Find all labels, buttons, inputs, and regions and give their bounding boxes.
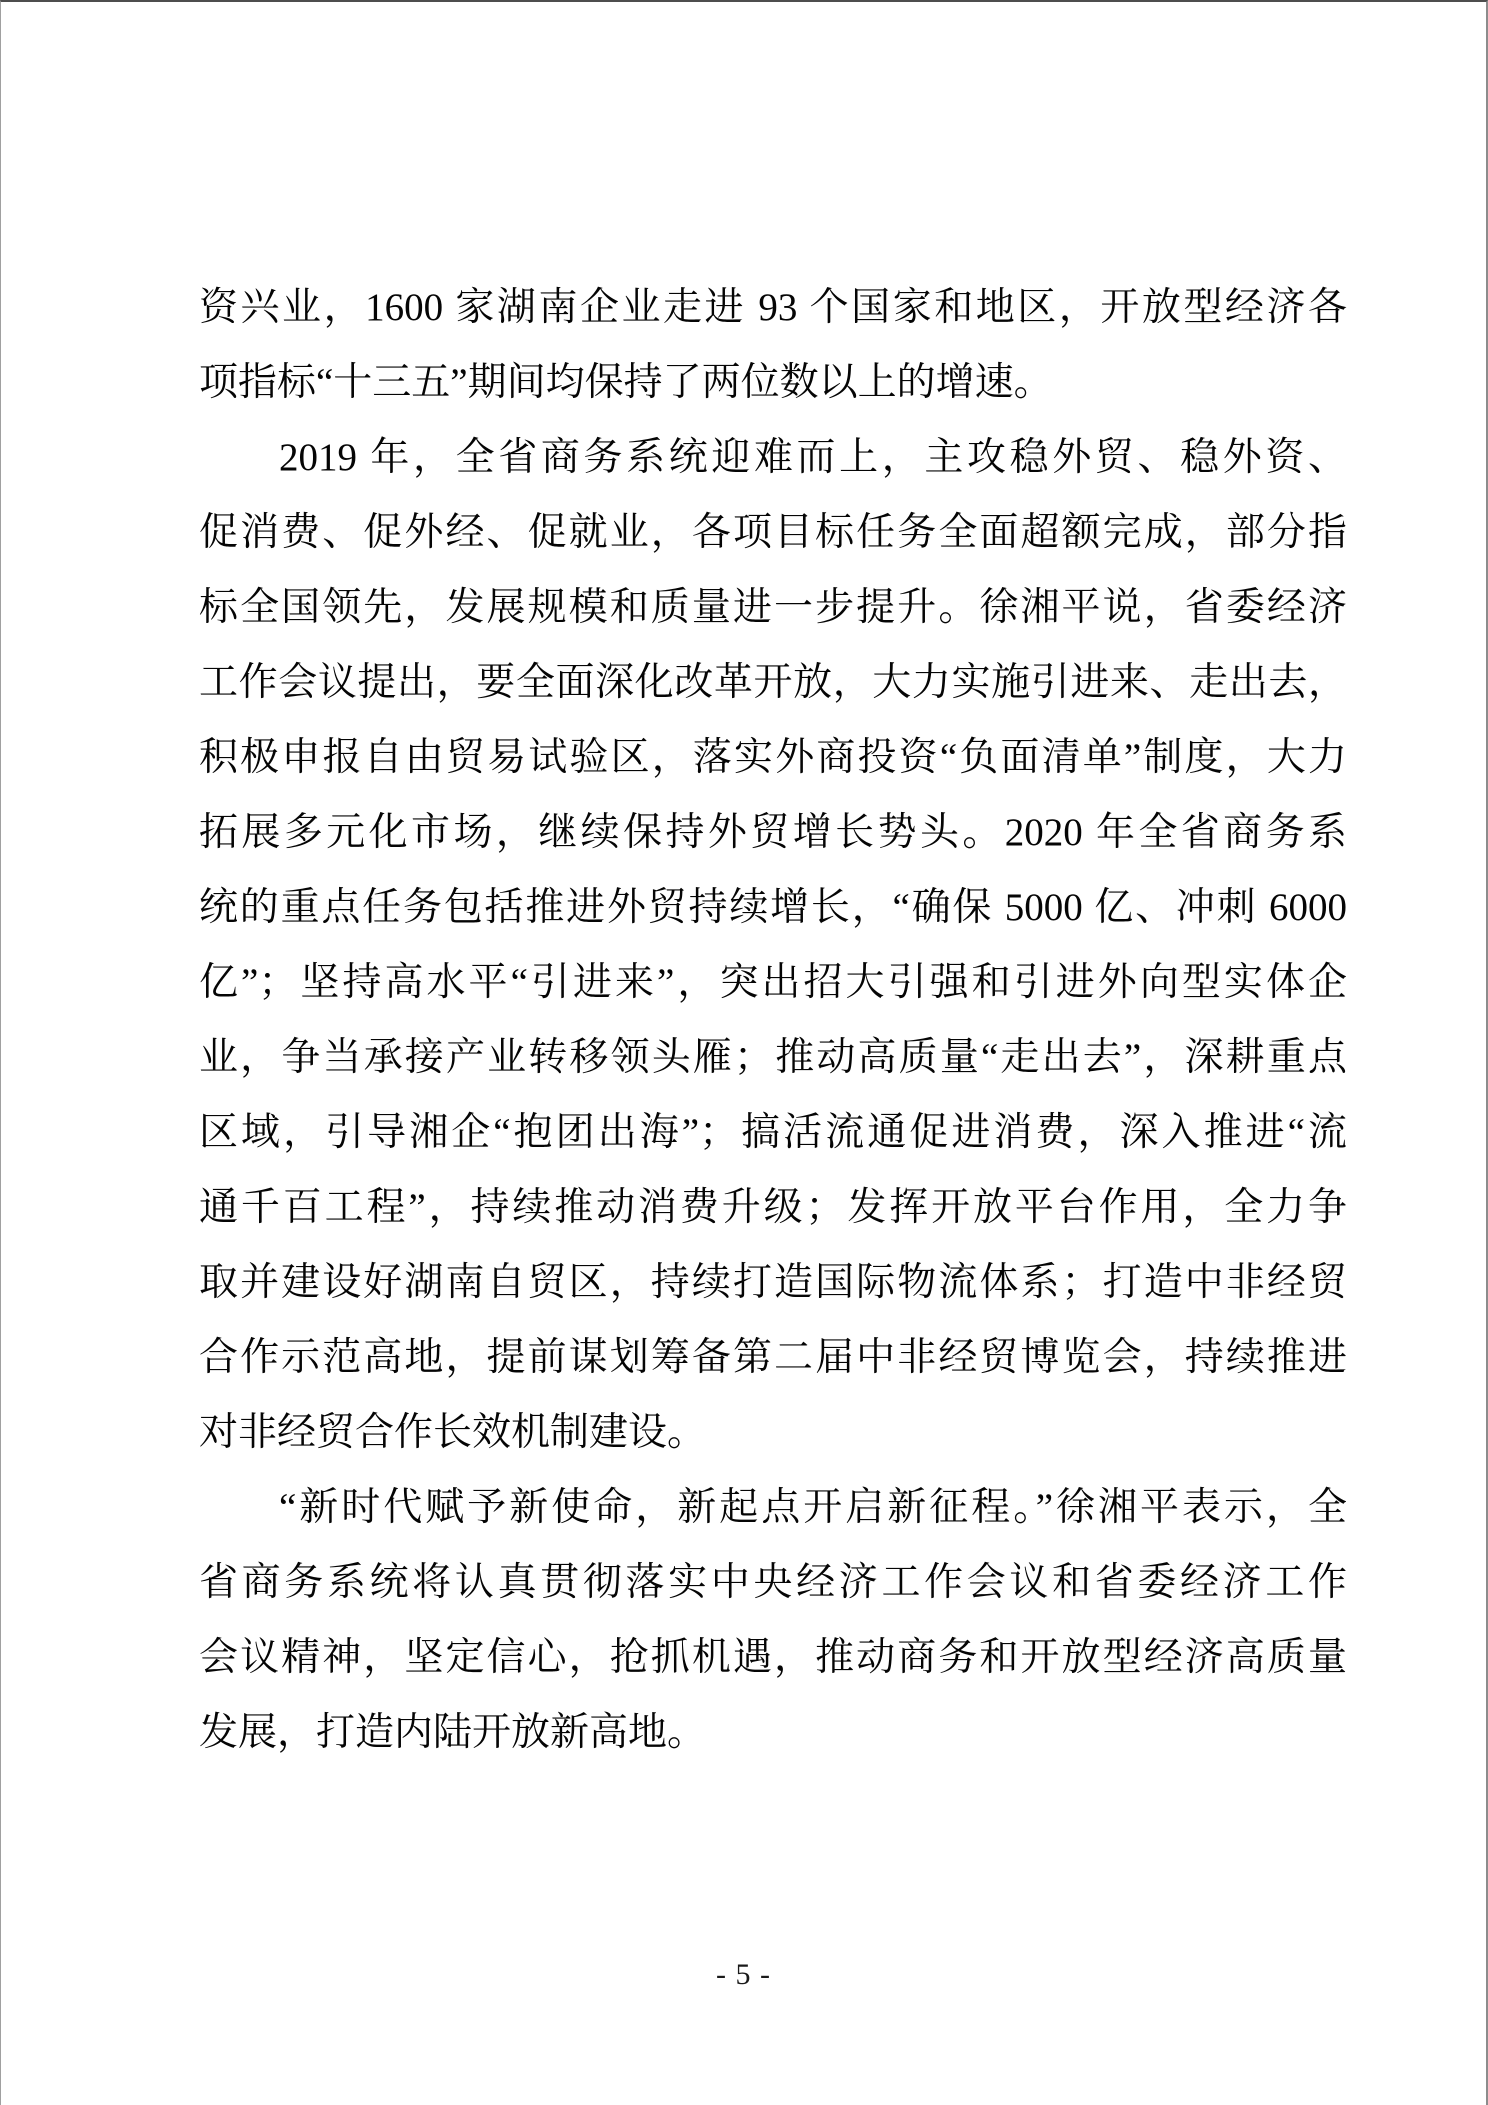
text-line: 合作示范高地，提前谋划筹备第二届中非经贸博览会，持续推进 — [199, 1320, 1347, 1395]
text-line: 2019 年，全省商务系统迎难而上，主攻稳外贸、稳外资、 — [199, 420, 1347, 495]
text-line: 通千百工程”，持续推动消费升级；发挥开放平台作用，全力争 — [199, 1170, 1347, 1245]
text-line: 业，争当承接产业转移领头雁；推动高质量“走出去”，深耕重点 — [199, 1020, 1347, 1095]
text-line: 对非经贸合作长效机制建设。 — [199, 1395, 1347, 1470]
text-line: 区域，引导湘企“抱团出海”；搞活流通促进消费，深入推进“流 — [199, 1095, 1347, 1170]
text-line: 工作会议提出，要全面深化改革开放，大力实施引进来、走出去， — [199, 645, 1347, 720]
text-line: 资兴业，1600 家湖南企业走进 93 个国家和地区，开放型经济各 — [199, 270, 1347, 345]
text-line: 项指标“十三五”期间均保持了两位数以上的增速。 — [199, 345, 1347, 420]
text-line: 标全国领先，发展规模和质量进一步提升。徐湘平说，省委经济 — [199, 570, 1347, 645]
text-line: 取并建设好湖南自贸区，持续打造国际物流体系；打造中非经贸 — [199, 1245, 1347, 1320]
page-number: - 5 - — [1, 1954, 1486, 1996]
text-line: 发展，打造内陆开放新高地。 — [199, 1695, 1347, 1770]
text-line: 促消费、促外经、促就业，各项目标任务全面超额完成，部分指 — [199, 495, 1347, 570]
text-line: 会议精神，坚定信心，抢抓机遇，推动商务和开放型经济高质量 — [199, 1620, 1347, 1695]
paragraph: “新时代赋予新使命，新起点开启新征程。”徐湘平表示，全 省商务系统将认真贯彻落实… — [199, 1470, 1347, 1770]
text-line: 统的重点任务包括推进外贸持续增长，“确保 5000 亿、冲刺 6000 — [199, 870, 1347, 945]
text-line: 省商务系统将认真贯彻落实中央经济工作会议和省委经济工作 — [199, 1545, 1347, 1620]
paragraph: 资兴业，1600 家湖南企业走进 93 个国家和地区，开放型经济各 项指标“十三… — [199, 270, 1347, 420]
text-line: 积极申报自由贸易试验区，落实外商投资“负面清单”制度，大力 — [199, 720, 1347, 795]
text-line: “新时代赋予新使命，新起点开启新征程。”徐湘平表示，全 — [199, 1470, 1347, 1545]
paragraph: 2019 年，全省商务系统迎难而上，主攻稳外贸、稳外资、 促消费、促外经、促就业… — [199, 420, 1347, 1470]
document-page: 资兴业，1600 家湖南企业走进 93 个国家和地区，开放型经济各 项指标“十三… — [0, 0, 1488, 2105]
document-body: 资兴业，1600 家湖南企业走进 93 个国家和地区，开放型经济各 项指标“十三… — [199, 270, 1347, 1770]
text-line: 亿”；坚持高水平“引进来”，突出招大引强和引进外向型实体企 — [199, 945, 1347, 1020]
text-line: 拓展多元化市场，继续保持外贸增长势头。2020 年全省商务系 — [199, 795, 1347, 870]
